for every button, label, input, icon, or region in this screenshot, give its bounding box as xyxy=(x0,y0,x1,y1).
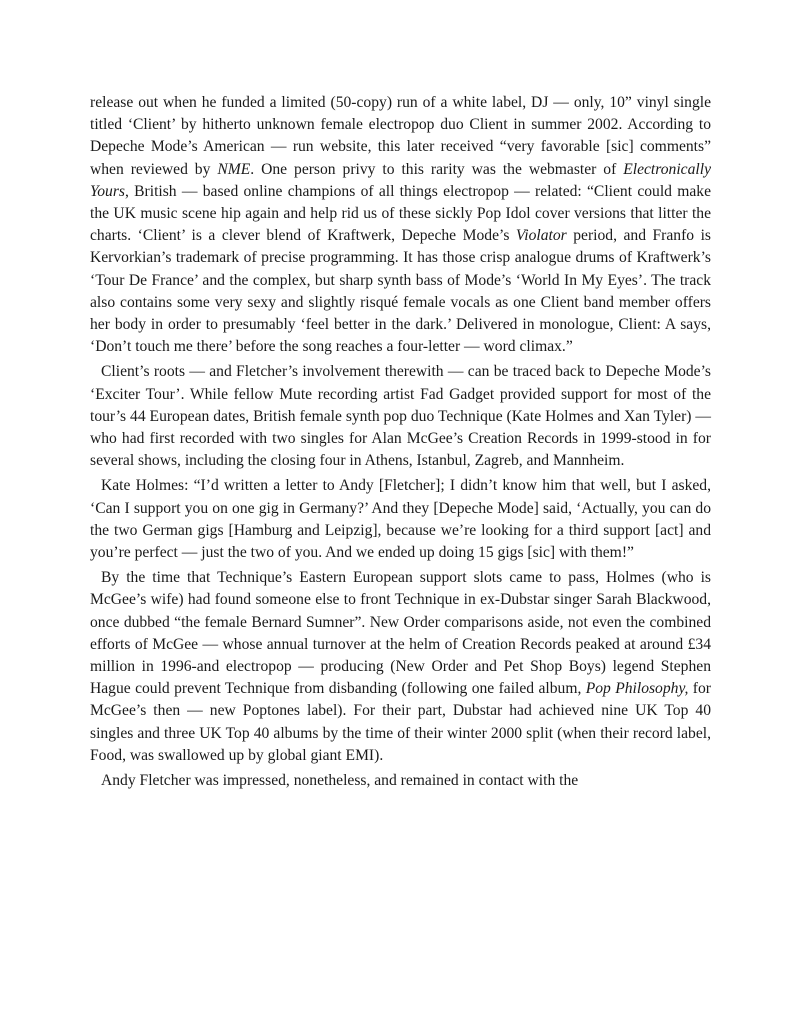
italic-text-segment: NME xyxy=(217,161,250,178)
text-segment: Client’s roots — and Fletcher’s involvem… xyxy=(90,363,711,469)
paragraph: Client’s roots — and Fletcher’s involvem… xyxy=(90,361,711,472)
page-text: release out when he funded a limited (50… xyxy=(90,92,711,792)
italic-text-segment: Pop Philosophy, xyxy=(586,680,689,697)
text-segment: period, and Franfo is Kervorkian’s trade… xyxy=(90,227,711,355)
text-segment: . One person privy to this rarity was th… xyxy=(250,161,623,178)
text-segment: Kate Holmes: “I’d written a letter to An… xyxy=(90,477,711,561)
text-segment: By the time that Technique’s Eastern Eur… xyxy=(90,569,711,697)
book-page: release out when he funded a limited (50… xyxy=(0,0,800,1035)
paragraph: By the time that Technique’s Eastern Eur… xyxy=(90,567,711,767)
italic-text-segment: Violator xyxy=(516,227,567,244)
paragraph: release out when he funded a limited (50… xyxy=(90,92,711,358)
paragraph: Andy Fletcher was impressed, nonetheless… xyxy=(90,770,711,792)
paragraph: Kate Holmes: “I’d written a letter to An… xyxy=(90,475,711,564)
text-segment: Andy Fletcher was impressed, nonetheless… xyxy=(101,772,578,789)
